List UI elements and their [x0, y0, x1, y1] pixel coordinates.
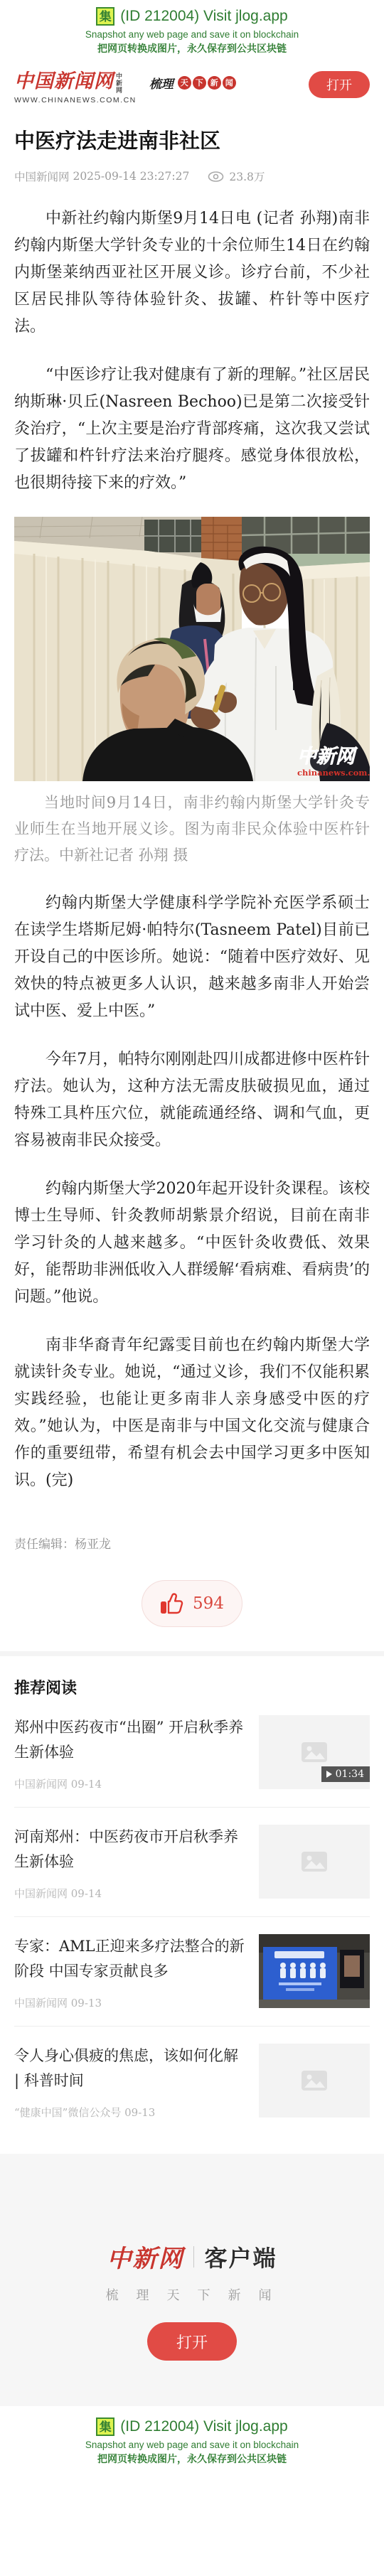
article-thumbnail[interactable]: [259, 2044, 370, 2118]
recommended-item-title: 河南郑州：中医药夜市开启秋季养生新体验: [14, 1825, 245, 1874]
recommended-item-4[interactable]: 令人身心俱疲的焦虑，该如何化解 | 科普时间 “健康中国”微信公众号 09-13: [14, 2026, 370, 2135]
recommended-heading: 推荐阅读: [14, 1656, 370, 1698]
like-button[interactable]: 594: [142, 1580, 242, 1627]
open-app-button-footer[interactable]: 打开: [147, 2322, 237, 2361]
image-placeholder-icon: [301, 1742, 328, 1763]
app-download-banner: 中新网 客户端 梳 理 天 下 新 闻 打开: [0, 2154, 384, 2406]
conference-photo: [259, 1934, 370, 2008]
article-photo: 中新网 chinanews.com.cn: [14, 517, 370, 781]
paragraph: 南非华裔青年纪露雯目前也在约翰内斯堡大学就读针灸专业。她说，“通过义诊，我们不仅…: [14, 1332, 370, 1494]
recommended-item-title: 专家：AML正迎来多疗法整合的新阶段 中国专家贡献良多: [14, 1934, 245, 1984]
app-client-label: 客户端: [204, 2240, 277, 2273]
article-datetime: 2025-09-14 23:27:27: [73, 170, 189, 183]
recommended-item-source: 中国新闻网 09-13: [14, 1995, 245, 2010]
ad-id-link[interactable]: (ID 212004) Visit jlog.app: [120, 2418, 287, 2435]
editor-line: 责任编辑：杨亚龙: [14, 1534, 370, 1552]
ji-badge-icon: 集: [96, 7, 114, 26]
like-count: 594: [193, 1594, 224, 1613]
views-count: 23.8万: [229, 168, 265, 184]
blockchain-ad-banner-bottom: 集 (ID 212004) Visit jlog.app Snapshot an…: [0, 2406, 384, 2473]
ad-subtitle-cn: 把网页转换成图片，永久保存到公共区块链: [0, 41, 384, 55]
article-thumbnail[interactable]: [259, 1825, 370, 1899]
site-header: 中国新闻网 中新网 WWW.CHINANEWS.COM.CN 梳理 天 下 新 …: [0, 61, 384, 112]
chinanews-logo[interactable]: 中国新闻网 中新网 WWW.CHINANEWS.COM.CN: [14, 71, 137, 104]
figure-caption: 当地时间9月14日，南非约翰内斯堡大学针灸专业师生在当地开展义诊。图为南非民众体…: [14, 790, 370, 869]
recommended-section: 推荐阅读 郑州中医药夜市“出圈” 开启秋季养生新体验 中国新闻网 09-14 0…: [0, 1656, 384, 2135]
svg-text:中新网: 中新网: [297, 746, 358, 768]
video-duration: 01:34: [336, 1769, 364, 1780]
logo-calligraphy-text: 中国新闻网: [14, 71, 114, 92]
article-body: 中新社约翰内斯堡9月14日电 (记者 孙翔)南非约翰内斯堡大学针灸专业的十余位师…: [14, 205, 370, 1494]
slogan-seal-2: 下: [193, 76, 206, 90]
ad-subtitle-en: Snapshot any web page and save it on blo…: [0, 2440, 384, 2450]
recommended-item-2[interactable]: 河南郑州：中医药夜市开启秋季养生新体验 中国新闻网 09-14: [14, 1807, 370, 1916]
article-figure: 中新网 chinanews.com.cn 当地时间9月14日，南非约翰内斯堡大学…: [14, 517, 370, 869]
blockchain-ad-banner-top: 集 (ID 212004) Visit jlog.app Snapshot an…: [0, 0, 384, 61]
slogan-seal-3: 新: [208, 76, 221, 90]
paragraph: 约翰内斯堡大学2020年起开设针灸课程。该校博士生导师、针灸教师胡紫景介绍说，目…: [14, 1176, 370, 1311]
logo-divider: [193, 2246, 194, 2268]
conference-photo-thumbnail[interactable]: [259, 1934, 370, 2008]
recommended-item-1[interactable]: 郑州中医药夜市“出圈” 开启秋季养生新体验 中国新闻网 09-14 01:34: [14, 1698, 370, 1807]
recommended-item-source: 中国新闻网 09-14: [14, 1886, 245, 1901]
recommended-item-source: 中国新闻网 09-14: [14, 1776, 245, 1791]
recommended-item-title: 郑州中医药夜市“出圈” 开启秋季养生新体验: [14, 1715, 245, 1765]
ji-badge-icon: 集: [96, 2417, 114, 2436]
views-eye-icon: [208, 171, 224, 182]
paragraph: 约翰内斯堡大学健康科学学院补充医学系硕士在读学生塔斯尼姆·帕特尔(Tasneem…: [14, 890, 370, 1025]
article: 中医疗法走进南非社区 中国新闻网 2025-09-14 23:27:27 23.…: [0, 127, 384, 1627]
ad-id-link[interactable]: (ID 212004) Visit jlog.app: [120, 8, 287, 25]
logo-side-text: 中新网: [116, 73, 124, 94]
paragraph: “中医诊疗让我对健康有了新的理解。”社区居民纳斯琳·贝丘(Nasreen Bec…: [14, 362, 370, 497]
slogan-graphic: 梳理 天 下 新 闻: [149, 74, 236, 92]
app-logo-text: 中新网: [107, 2239, 183, 2274]
recommended-item-source: “健康中国”微信公众号 09-13: [14, 2105, 245, 2120]
recommended-item-3[interactable]: 专家：AML正迎来多疗法整合的新阶段 中国专家贡献良多 中国新闻网 09-13: [14, 1916, 370, 2026]
slogan-seal-4: 闻: [223, 76, 236, 90]
ad-subtitle-cn: 把网页转换成图片，永久保存到公共区块链: [0, 2452, 384, 2466]
slogan-seal-1: 天: [178, 76, 191, 90]
paragraph: 中新社约翰内斯堡9月14日电 (记者 孙翔)南非约翰内斯堡大学针灸专业的十余位师…: [14, 205, 370, 340]
recommended-item-title: 令人身心俱疲的焦虑，该如何化解 | 科普时间: [14, 2044, 245, 2093]
image-placeholder-icon: [301, 2070, 328, 2091]
slogan-prefix: 梳理: [149, 74, 174, 92]
ad-subtitle-en: Snapshot any web page and save it on blo…: [0, 29, 384, 40]
article-source: 中国新闻网: [14, 168, 70, 184]
logo-url-text: WWW.CHINANEWS.COM.CN: [14, 96, 137, 104]
app-tagline: 梳 理 天 下 新 闻: [0, 2285, 384, 2304]
video-duration-badge: 01:34: [321, 1766, 370, 1782]
svg-text:chinanews.com.cn: chinanews.com.cn: [297, 768, 370, 778]
image-placeholder-icon: [301, 1851, 328, 1872]
section-divider: [0, 1651, 384, 1656]
play-icon: [326, 1771, 332, 1778]
article-title: 中医疗法走进南非社区: [14, 127, 370, 156]
video-thumbnail[interactable]: 01:34: [259, 1715, 370, 1789]
article-meta: 中国新闻网 2025-09-14 23:27:27 23.8万: [14, 168, 370, 184]
open-app-button-header[interactable]: 打开: [309, 71, 370, 98]
paragraph: 今年7月，帕特尔刚刚赴四川成都进修中医杵针疗法。她认为，这种方法无需皮肤破损见血…: [14, 1046, 370, 1154]
thumbs-up-icon: [160, 1593, 186, 1614]
